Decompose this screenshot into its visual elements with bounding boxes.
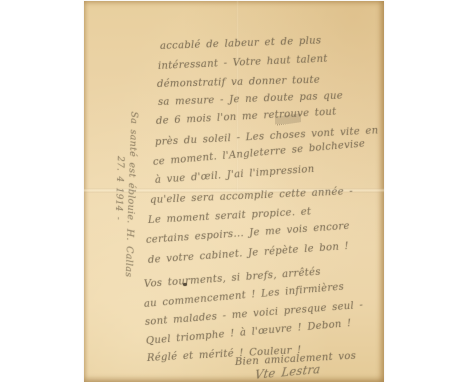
letter-page: Sa santé est éblouie. H. Callas 27. 4 19… xyxy=(84,1,384,382)
handwritten-line: accablé de labeur et de plus xyxy=(160,35,322,52)
handwritten-line: de votre cabinet. Je répète le bon ! xyxy=(148,241,350,266)
handwritten-line: démonstratif va donner toute xyxy=(157,75,320,90)
handwritten-line: sa mesure - Je ne doute pas que xyxy=(158,91,343,108)
margin-note-text: Sa santé est éblouie. H. Callas xyxy=(122,111,140,311)
margin-annotation: Sa santé est éblouie. H. Callas 27. 4 19… xyxy=(101,111,140,312)
handwritten-line: à vue d'œil. J'ai l'impression xyxy=(155,164,315,186)
handwritten-line: de 6 mois l'on me retrouve tout xyxy=(156,107,337,127)
handwritten-line: Le moment serait propice. et xyxy=(148,206,312,226)
photo-background: Sa santé est éblouie. H. Callas 27. 4 19… xyxy=(0,0,468,382)
handwritten-line: intéressant - Votre haut talent xyxy=(158,54,328,72)
ink-blot xyxy=(183,283,187,286)
